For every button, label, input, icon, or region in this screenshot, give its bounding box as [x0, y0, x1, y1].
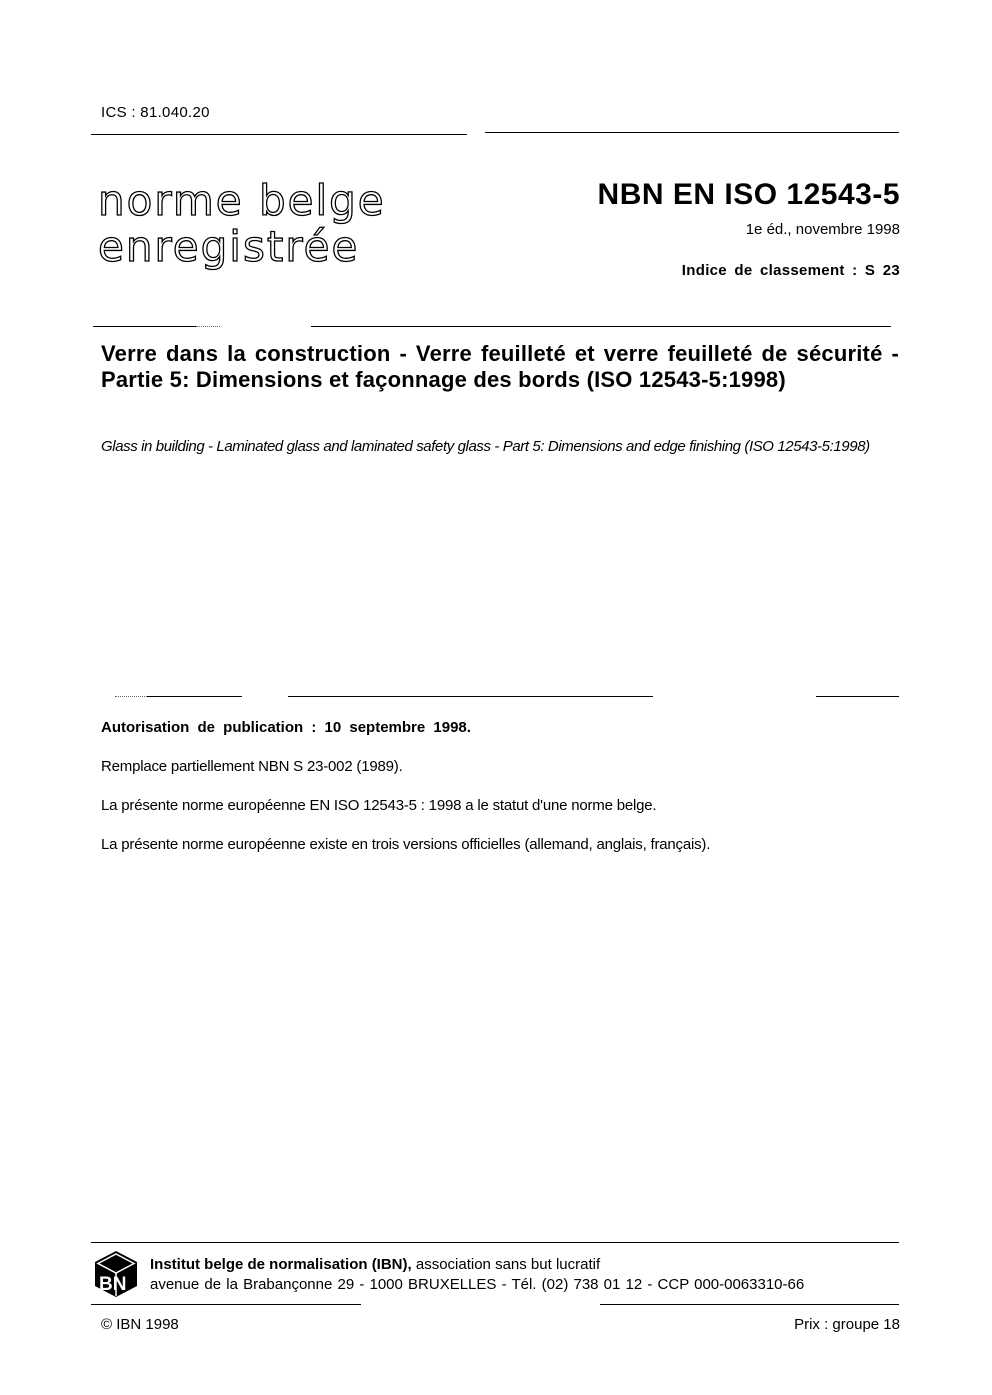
status-note: La présente norme européenne EN ISO 1254… — [101, 797, 656, 814]
ics-code: ICS : 81.040.20 — [101, 104, 210, 121]
divider-footer-top-right — [288, 1242, 899, 1243]
registered-standard-label: norme belge enregistrée — [98, 178, 386, 270]
standard-code: NBN EN ISO 12543-5 — [598, 178, 900, 212]
logo-letters: BN — [99, 1274, 126, 1295]
versions-note: La présente norme européenne existe en t… — [101, 836, 710, 853]
divider-title-dots — [196, 326, 220, 327]
divider-top-left — [91, 134, 467, 135]
registered-label-line2: enregistrée — [98, 224, 386, 270]
divider-title-right — [311, 326, 891, 327]
publication-authorisation: Autorisation de publication : 10 septemb… — [101, 719, 471, 736]
divider-top-right — [485, 132, 899, 133]
divider-mid-left — [147, 696, 242, 697]
divider-mid-right — [816, 696, 899, 697]
divider-footer-bottom-left — [91, 1304, 361, 1305]
registered-label-line1: norme belge — [98, 178, 386, 224]
classification-index: Indice de classement : S 23 — [682, 262, 900, 279]
title-english: Glass in building - Laminated glass and … — [101, 437, 899, 457]
price-group: Prix : groupe 18 — [794, 1316, 900, 1333]
divider-footer-bottom-right — [600, 1304, 899, 1305]
replaces-note: Remplace partiellement NBN S 23-002 (198… — [101, 758, 403, 775]
edition: 1e éd., novembre 1998 — [746, 221, 900, 238]
institute-name: Institut belge de normalisation (IBN), — [150, 1256, 412, 1273]
institute-line: Institut belge de normalisation (IBN), a… — [150, 1256, 600, 1273]
institute-address: avenue de la Brabançonne 29 - 1000 BRUXE… — [150, 1276, 804, 1293]
ibn-cube-logo-icon: BN — [94, 1250, 138, 1298]
institute-description: association sans but lucratif — [412, 1256, 600, 1273]
title-french: Verre dans la construction - Verre feuil… — [101, 341, 899, 393]
divider-mid-center — [288, 696, 653, 697]
divider-title-left — [93, 326, 196, 327]
copyright: © IBN 1998 — [101, 1316, 179, 1333]
divider-mid-dots — [115, 696, 147, 697]
